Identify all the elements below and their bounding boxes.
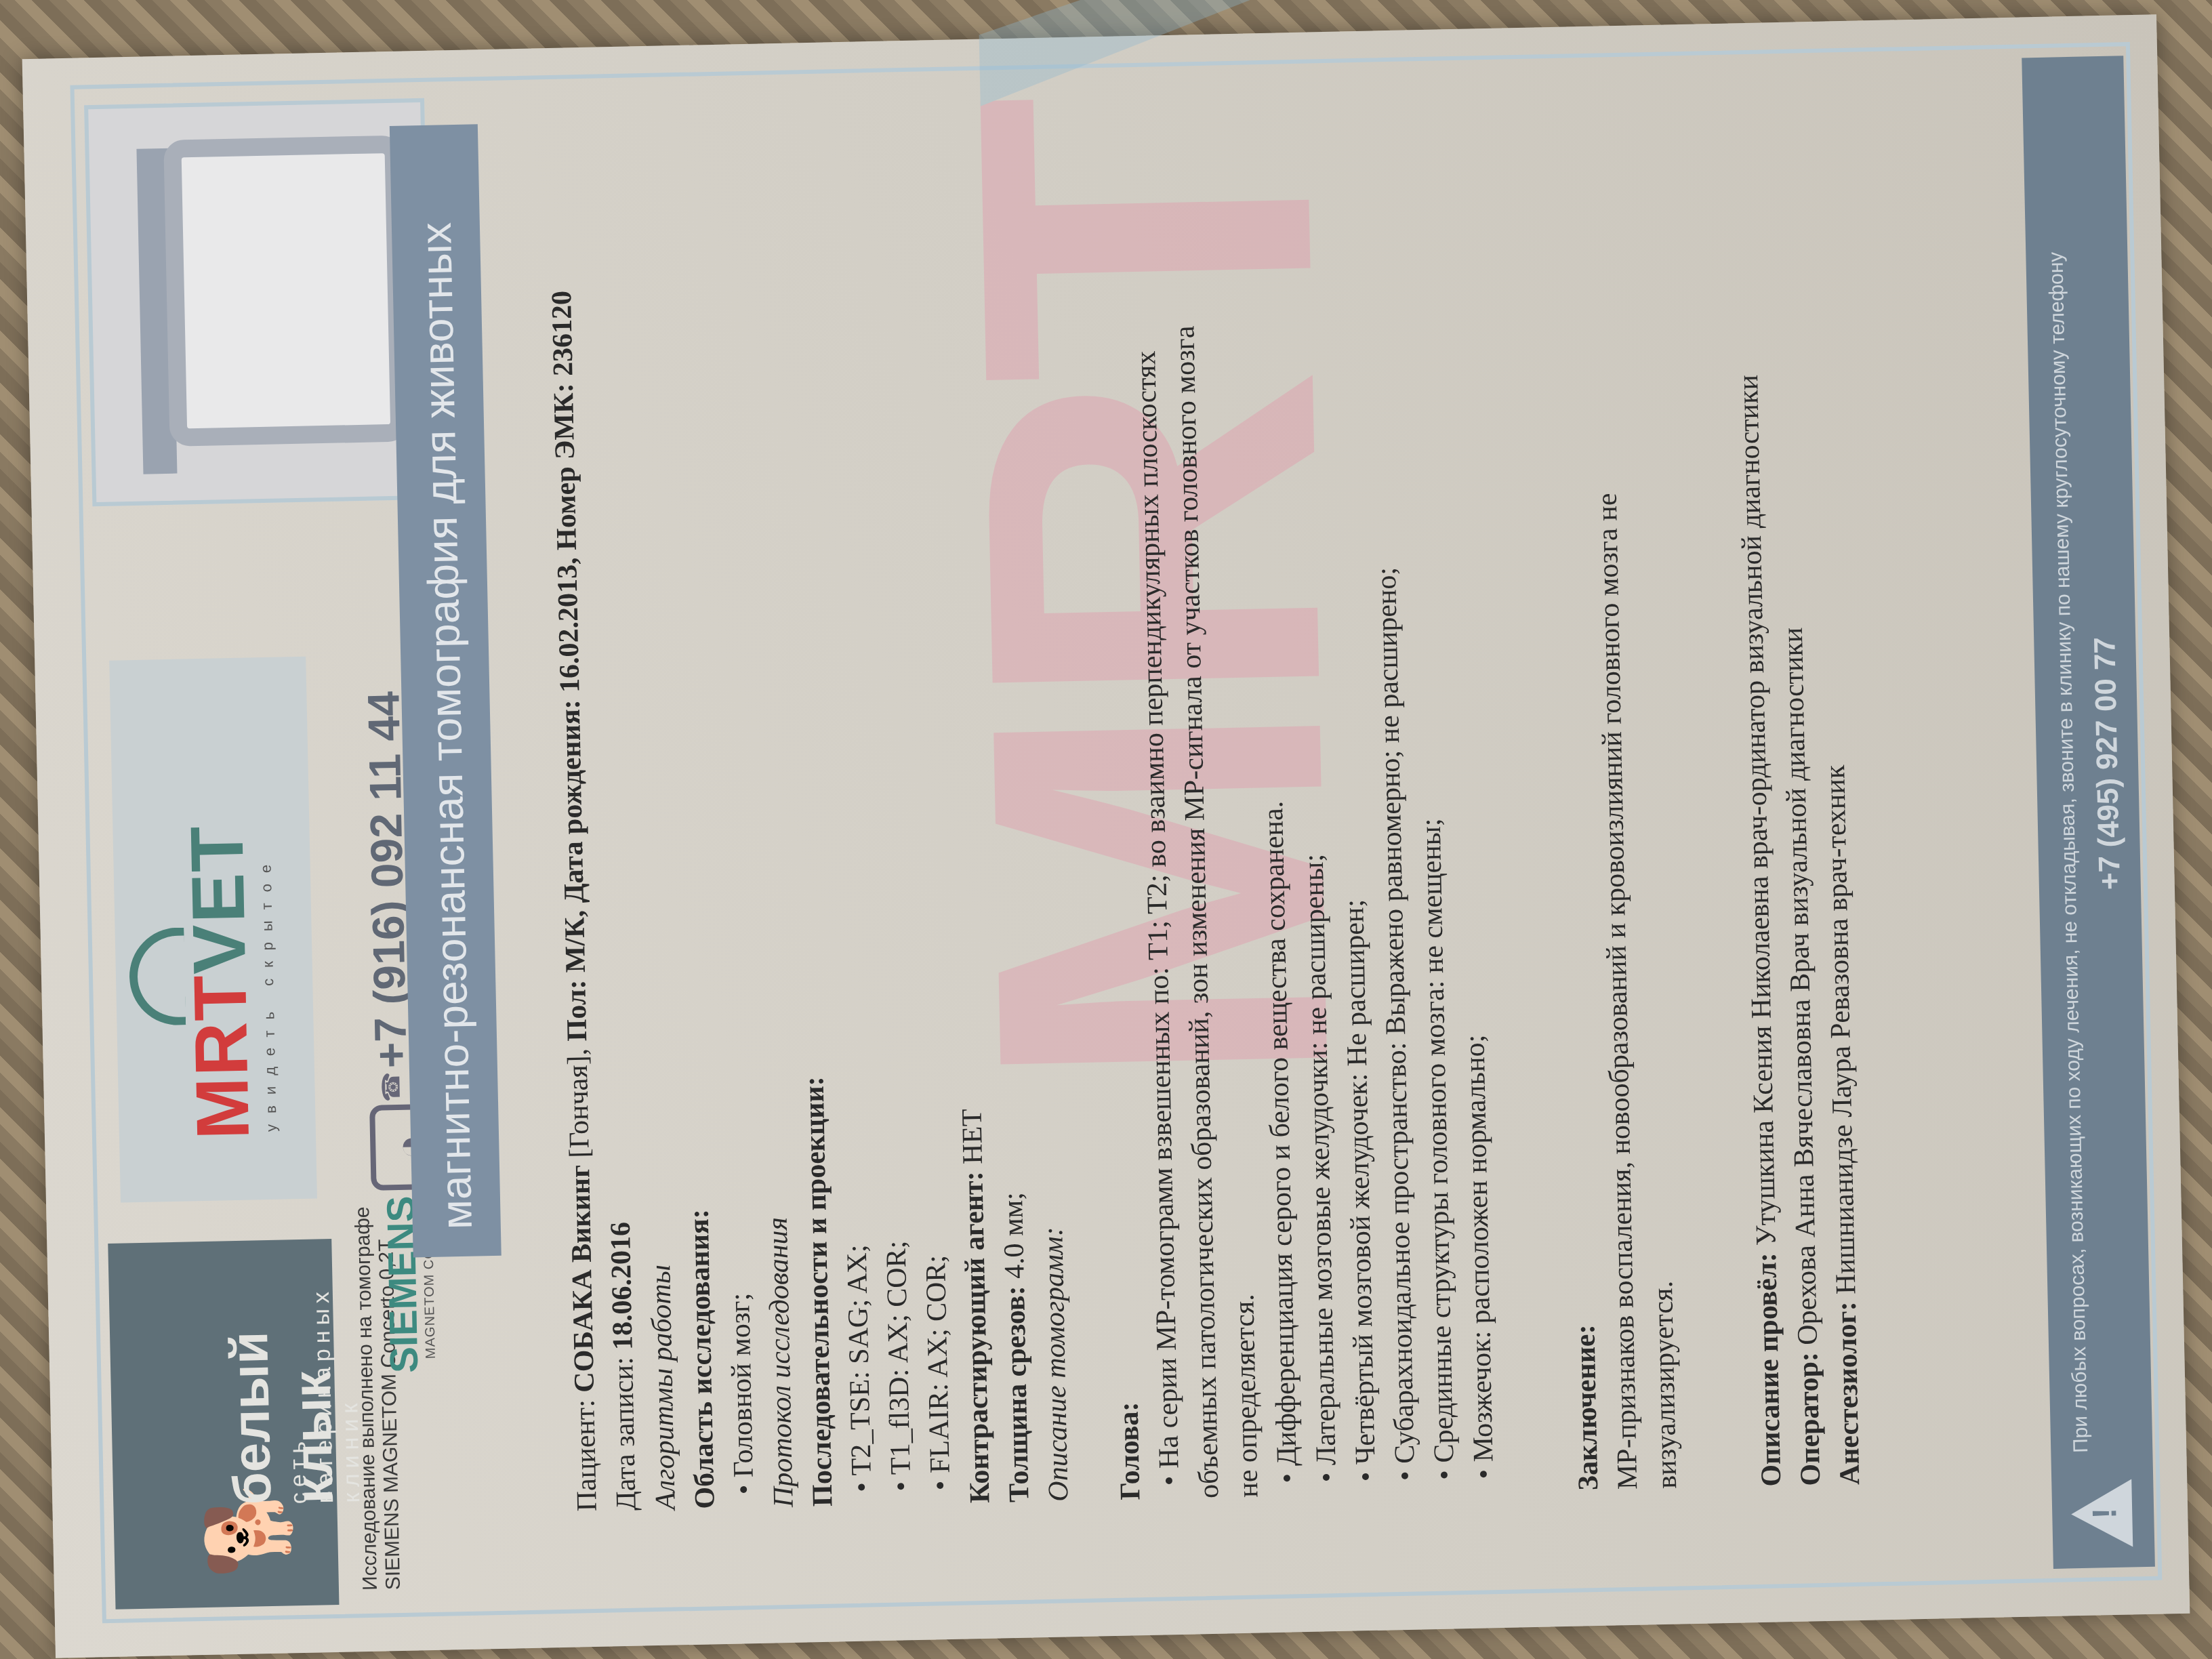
footer-text: При любых вопросах, возникающих по ходу … xyxy=(2045,251,2093,1453)
phone-icon: ☎ xyxy=(377,1071,406,1103)
report-sheet: 🐕 белый клык сеть ветеринарных клиник Ис… xyxy=(22,14,2190,1658)
footer-phone: +7 (495) 927 00 77 xyxy=(2088,636,2127,890)
warning-triangle-icon: ! xyxy=(2070,1479,2133,1549)
report-body: Пациент: СОБАКА Викинг [Гончая], Пол: М/… xyxy=(539,102,1870,1512)
emk-number: 236120 xyxy=(546,291,579,377)
patient-dob: 16.02.2013, xyxy=(552,557,586,693)
clinic-logo: 🐕 белый клык сеть ветеринарных клиник xyxy=(108,1239,339,1610)
patient-name: СОБАКА Викинг xyxy=(565,1165,600,1393)
mri-scanner-image xyxy=(84,98,432,506)
patient-breed: [Гончая], xyxy=(562,1048,595,1158)
patient-sex: М/К, xyxy=(559,910,592,973)
